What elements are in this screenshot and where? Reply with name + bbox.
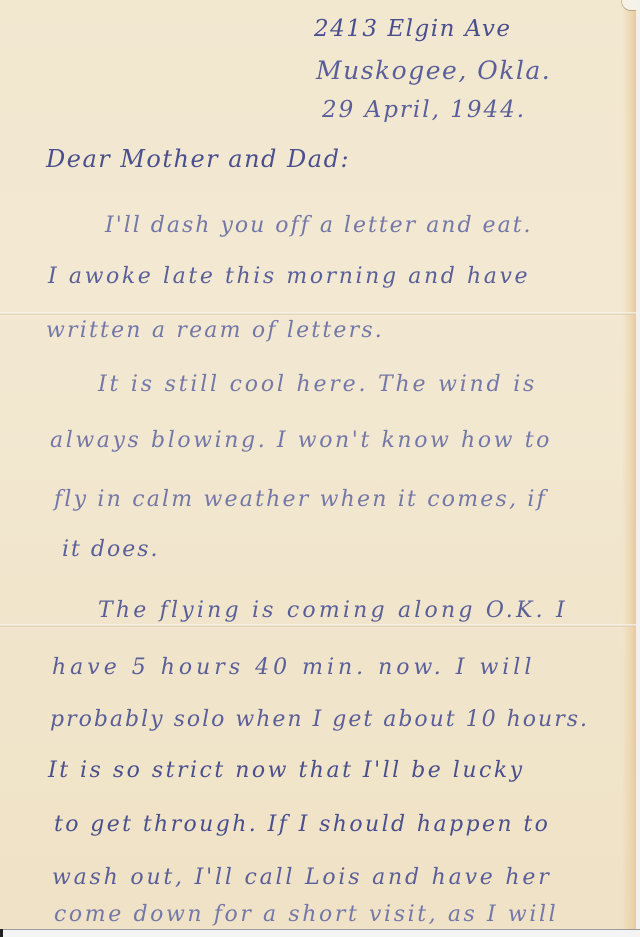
letter-page: 2413 Elgin Ave Muskogee, Okla. 29 April,…: [0, 0, 636, 929]
scanner-mark: [0, 929, 3, 937]
letter-line: to get through. If I should happen to: [54, 812, 550, 837]
letter-line: The flying is coming along O.K. I: [98, 598, 568, 623]
letter-line: I'll dash you off a letter and eat.: [105, 213, 533, 238]
fold-line: [0, 312, 636, 315]
letter-line: It is so strict now that I'll be lucky: [48, 758, 525, 783]
letter-line: always blowing. I won't know how to: [50, 428, 552, 453]
address-line-2: Muskogee, Okla.: [316, 56, 551, 85]
letter-line: probably solo when I get about 10 hours.: [50, 707, 589, 732]
letter-line: have 5 hours 40 min. now. I will: [52, 655, 535, 680]
letter-line: it does.: [62, 537, 160, 562]
letter-line: wash out, I'll call Lois and have her: [52, 865, 552, 890]
letter-date: 29 April, 1944.: [322, 97, 526, 123]
scanner-edge: [0, 929, 640, 937]
salutation: Dear Mother and Dad:: [46, 145, 350, 173]
fold-line: [0, 624, 636, 627]
letter-line: written a ream of letters.: [46, 318, 384, 343]
letter-line: It is still cool here. The wind is: [98, 372, 537, 397]
letter-line: fly in calm weather when it comes, if: [54, 487, 547, 512]
letter-line: I awoke late this morning and have: [48, 264, 530, 289]
letter-line: come down for a short visit, as I will: [54, 902, 558, 927]
paper-edge-shadow: [622, 0, 636, 929]
address-line-1: 2413 Elgin Ave: [314, 16, 511, 42]
